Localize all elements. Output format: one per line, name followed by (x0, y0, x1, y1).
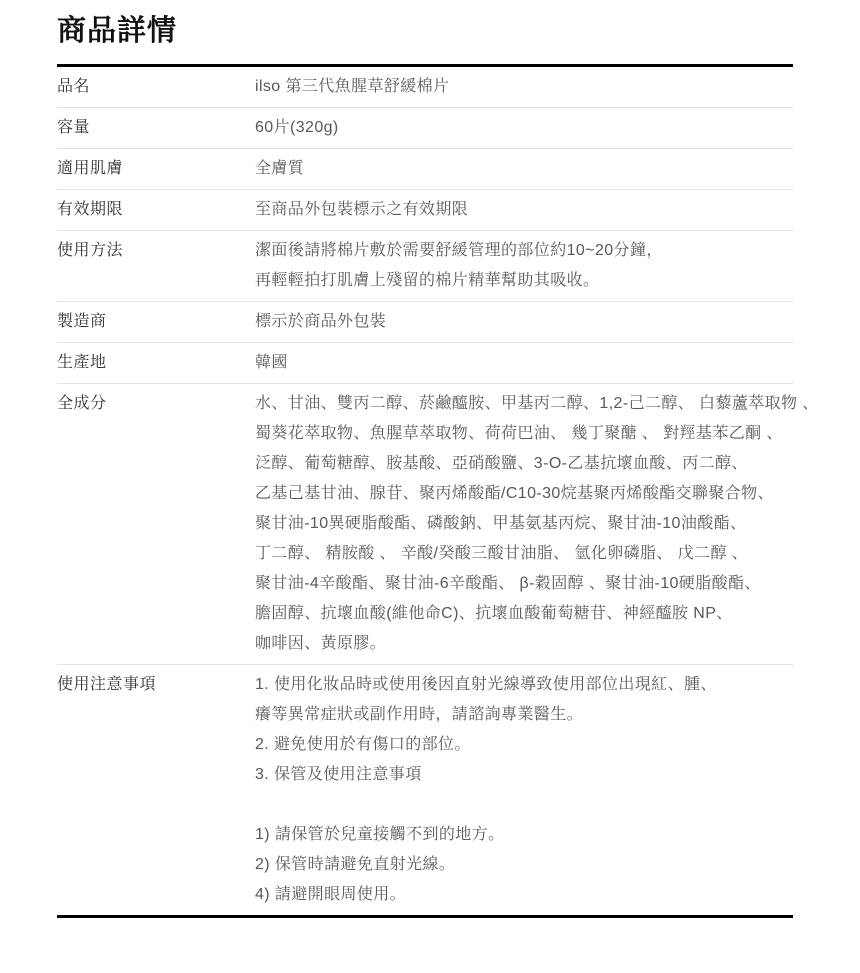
row-value: 全膚質 (255, 154, 793, 184)
row-value: ilso 第三代魚腥草舒緩棉片 (255, 72, 793, 102)
row-value: 1. 使用化妝品時或使用後因直射光線導致使用部位出現紅、腫、 癢等異常症狀或副作… (255, 670, 793, 910)
row-value: 韓國 (255, 348, 793, 378)
table-row-volume: 容量 60片(320g) (57, 108, 793, 149)
row-value: 至商品外包裝標示之有效期限 (255, 195, 793, 225)
row-label: 使用注意事項 (57, 670, 255, 700)
row-label: 製造商 (57, 307, 255, 337)
row-label: 品名 (57, 72, 255, 102)
row-value: 水、甘油、雙丙二醇、菸鹼醯胺、甲基丙二醇、1,2-己二醇、 白藜蘆萃取物 、 蜀… (255, 389, 819, 659)
product-spec-table: 品名 ilso 第三代魚腥草舒緩棉片 容量 60片(320g) 適用肌膚 全膚質… (57, 64, 793, 918)
row-value: 60片(320g) (255, 113, 793, 143)
product-detail-page: 商品詳情 品名 ilso 第三代魚腥草舒緩棉片 容量 60片(320g) 適用肌… (57, 0, 793, 958)
row-label: 生產地 (57, 348, 255, 378)
row-label: 有效期限 (57, 195, 255, 225)
table-row-product-name: 品名 ilso 第三代魚腥草舒緩棉片 (57, 67, 793, 108)
table-row-expiry: 有效期限 至商品外包裝標示之有效期限 (57, 190, 793, 231)
table-row-precautions: 使用注意事項 1. 使用化妝品時或使用後因直射光線導致使用部位出現紅、腫、 癢等… (57, 665, 793, 915)
table-row-usage: 使用方法 潔面後請將棉片敷於需要舒緩管理的部位約10~20分鐘， 再輕輕拍打肌膚… (57, 231, 793, 302)
row-label: 全成分 (57, 389, 255, 419)
row-label: 使用方法 (57, 236, 255, 266)
row-label: 適用肌膚 (57, 154, 255, 184)
row-value: 潔面後請將棉片敷於需要舒緩管理的部位約10~20分鐘， 再輕輕拍打肌膚上殘留的棉… (255, 236, 793, 296)
table-row-origin: 生產地 韓國 (57, 343, 793, 384)
row-label: 容量 (57, 113, 255, 143)
bottom-whitespace (57, 918, 793, 958)
table-row-manufacturer: 製造商 標示於商品外包裝 (57, 302, 793, 343)
table-row-skin-type: 適用肌膚 全膚質 (57, 149, 793, 190)
table-row-ingredients: 全成分 水、甘油、雙丙二醇、菸鹼醯胺、甲基丙二醇、1,2-己二醇、 白藜蘆萃取物… (57, 384, 793, 665)
row-value: 標示於商品外包裝 (255, 307, 793, 337)
page-title: 商品詳情 (57, 14, 793, 48)
